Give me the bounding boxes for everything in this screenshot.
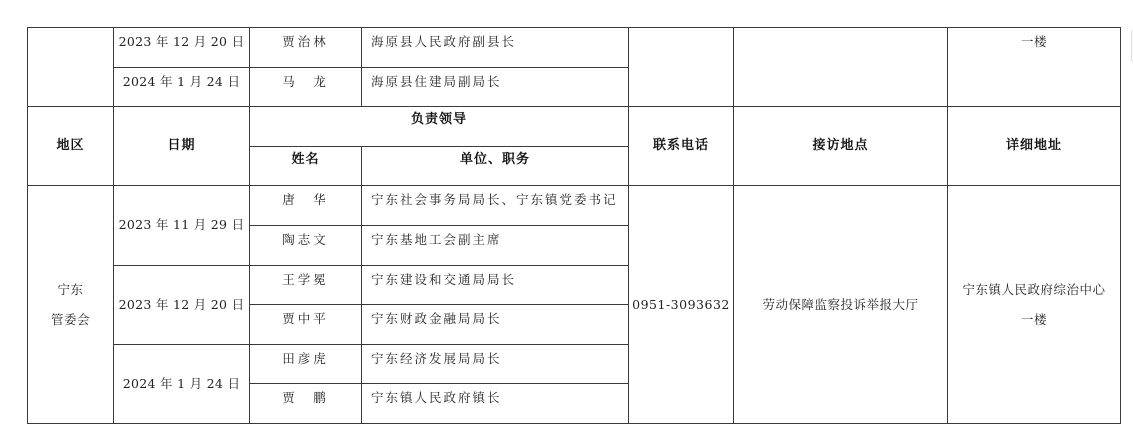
table-row: 2023 年 12 月 20 日 贾治林 海原县人民政府副县长 一楼 [28, 28, 1121, 68]
leader-name-cell: 王学冕 [250, 265, 362, 305]
leader-name-cell: 唐 华 [250, 186, 362, 226]
header-address: 详细地址 [948, 107, 1121, 186]
table-row: 宁东 管委会 2023 年 11 月 29 日 唐 华 宁东社会事务局局长、宁东… [28, 186, 1121, 226]
date-cell: 2024 年 1 月 24 日 [114, 344, 250, 423]
leader-position-cell: 宁东社会事务局局长、宁东镇党委书记 [362, 186, 629, 226]
leader-position-cell: 宁东基地工会副主席 [362, 225, 629, 265]
region-line-2: 管委会 [28, 305, 113, 335]
leader-position-cell: 海原县住建局副局长 [362, 67, 629, 107]
region-cell-continued [28, 28, 114, 107]
location-cell: 劳动保障监察投诉举报大厅 [734, 186, 948, 424]
leader-name-cell: 贾治林 [250, 28, 362, 68]
region-cell: 宁东 管委会 [28, 186, 114, 424]
address-cell: 宁东镇人民政府综治中心 一楼 [948, 186, 1121, 424]
leader-name-cell: 贾 鹏 [250, 384, 362, 424]
address-cell-continued: 一楼 [948, 28, 1121, 107]
reception-schedule-table: 2023 年 12 月 20 日 贾治林 海原县人民政府副县长 一楼 2024 … [27, 27, 1121, 424]
address-line-1: 宁东镇人民政府综治中心 [948, 275, 1120, 305]
date-cell: 2024 年 1 月 24 日 [114, 67, 250, 107]
phone-cell: 0951-3093632 [629, 186, 734, 424]
address-line-2: 一楼 [948, 305, 1120, 335]
header-location: 接访地点 [734, 107, 948, 186]
leader-name-cell: 贾中平 [250, 305, 362, 345]
header-row: 地区 日期 负责领导 联系电话 接访地点 详细地址 [28, 107, 1121, 147]
phone-cell-continued [629, 28, 734, 107]
leader-position-cell: 宁东财政金融局局长 [362, 305, 629, 345]
header-phone: 联系电话 [629, 107, 734, 186]
leader-position-cell: 宁东建设和交通局局长 [362, 265, 629, 305]
date-cell: 2023 年 12 月 20 日 [114, 265, 250, 344]
leader-name-cell: 田彦虎 [250, 344, 362, 384]
date-cell: 2023 年 11 月 29 日 [114, 186, 250, 265]
header-leader-group: 负责领导 [250, 107, 629, 147]
leader-name-cell: 陶志文 [250, 225, 362, 265]
date-cell: 2023 年 12 月 20 日 [114, 28, 250, 68]
region-line-1: 宁东 [28, 275, 113, 305]
location-cell-continued [734, 28, 948, 107]
header-date: 日期 [114, 107, 250, 186]
leader-position-cell: 海原县人民政府副县长 [362, 28, 629, 68]
leader-name-cell: 马 龙 [250, 67, 362, 107]
header-position: 单位、职务 [362, 146, 629, 186]
leader-position-cell: 宁东镇人民政府镇长 [362, 384, 629, 424]
header-region: 地区 [28, 107, 114, 186]
header-name: 姓名 [250, 146, 362, 186]
leader-position-cell: 宁东经济发展局局长 [362, 344, 629, 384]
